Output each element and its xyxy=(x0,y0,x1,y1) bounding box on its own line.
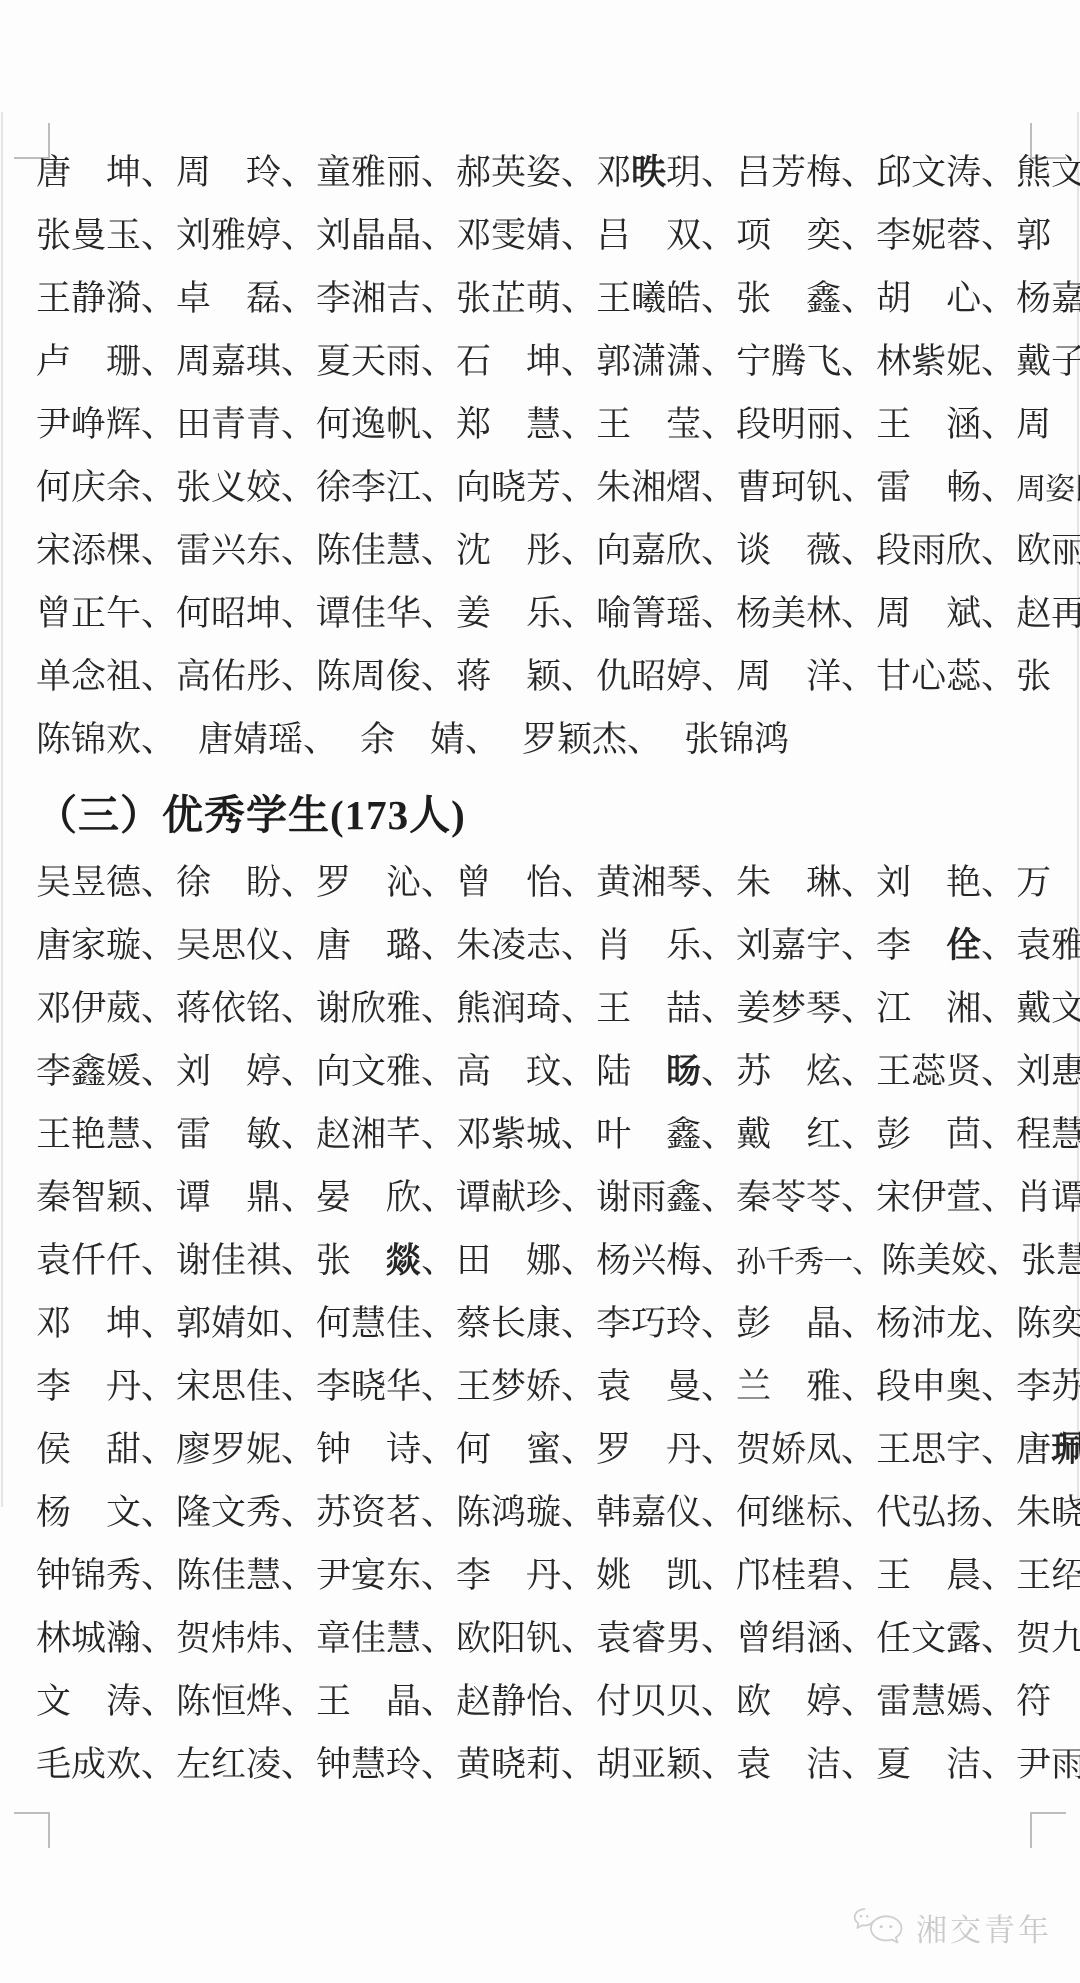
name-list-row: 宋添棵、雷兴东、陈佳慧、沈 彤、向嘉欣、谈 薇、段雨欣、欧丽蓉 xyxy=(36,519,1046,582)
student-name: 谭佳华、 xyxy=(316,582,456,645)
student-name: 吕芳梅、 xyxy=(736,141,876,204)
student-name: 吕 双、 xyxy=(596,204,736,267)
student-name: 郭婧如、 xyxy=(176,1292,316,1355)
student-name: 吴思仪、 xyxy=(176,914,316,977)
name-list-row: 秦智颖、谭 鼎、晏 欣、谭献珍、谢雨鑫、秦苓苓、宋伊萱、肖谭娟 xyxy=(36,1166,1046,1229)
student-name: 蒋依铭、 xyxy=(176,977,316,1040)
student-name: 朱湘熠、 xyxy=(596,456,736,519)
student-name: 黄湘琴、 xyxy=(596,851,736,914)
student-name: 朱凌志、 xyxy=(456,914,596,977)
student-name: 刘晶晶、 xyxy=(316,204,456,267)
student-name: 唐家璇、 xyxy=(36,914,176,977)
student-name: 李巧玲、 xyxy=(596,1292,736,1355)
student-name: 邝桂碧、 xyxy=(736,1544,876,1607)
student-name: 杨美林、 xyxy=(736,582,876,645)
student-name: 袁 洁、 xyxy=(736,1733,876,1796)
student-name: 刘 艳、 xyxy=(876,851,1016,914)
document-page: 唐 坤、周 玲、童雅丽、郝英姿、邓昳玥、吕芳梅、邱文涛、熊文慧张曼玉、刘雅婷、刘… xyxy=(0,0,1080,1983)
section-heading: （三）优秀学生(173人) xyxy=(36,771,1046,851)
student-name: 邱文涛、 xyxy=(876,141,1016,204)
student-name: 何慧佳、 xyxy=(316,1292,456,1355)
student-name: 袁 曼、 xyxy=(596,1355,736,1418)
student-name: 黄晓莉、 xyxy=(456,1733,596,1796)
student-name: 项 奕、 xyxy=(736,204,876,267)
student-name: 吴昱德、 xyxy=(36,851,176,914)
student-name: 唐 坤、 xyxy=(36,141,176,204)
student-name: 廖罗妮、 xyxy=(176,1418,316,1481)
student-name: 王 涵、 xyxy=(876,393,1016,456)
student-name: 唐 璐、 xyxy=(316,914,456,977)
student-name: 王 晨、 xyxy=(876,1544,1016,1607)
student-name: 刘嘉宇、 xyxy=(736,914,876,977)
document-content: 唐 坤、周 玲、童雅丽、郝英姿、邓昳玥、吕芳梅、邱文涛、熊文慧张曼玉、刘雅婷、刘… xyxy=(36,141,1046,1796)
student-name: 林紫妮、 xyxy=(876,330,1016,393)
student-name: 陈美姣、 xyxy=(881,1229,1021,1292)
student-name: 夏天雨、 xyxy=(316,330,456,393)
name-list-row: 李 丹、宋思佳、李晓华、王梦娇、袁 曼、兰 雅、段申奥、李苏婕 xyxy=(36,1355,1046,1418)
student-name: 戴子涵 xyxy=(1016,330,1080,393)
student-name: 欧丽蓉 xyxy=(1016,519,1080,582)
student-name: 万 烨 xyxy=(1016,851,1080,914)
student-name: 向嘉欣、 xyxy=(596,519,736,582)
student-name: 谭献珍、 xyxy=(456,1166,596,1229)
student-name: 晏 欣、 xyxy=(316,1166,456,1229)
student-name: 郑 慧、 xyxy=(456,393,596,456)
student-name: 贺九丹 xyxy=(1016,1607,1080,1670)
student-name: 徐 盼、 xyxy=(176,851,316,914)
student-name: 陈锦欢、 xyxy=(36,708,176,771)
student-name: 谭 鼎、 xyxy=(176,1166,316,1229)
name-list-row: 杨 文、隆文秀、苏资茗、陈鸿璇、韩嘉仪、何继标、代弘扬、朱晓玲 xyxy=(36,1481,1046,1544)
student-name: 侯 甜、 xyxy=(36,1418,176,1481)
student-name: 周嘉琪、 xyxy=(176,330,316,393)
student-name: 孙千秀一、 xyxy=(736,1231,881,1294)
student-name: 赵静怡、 xyxy=(456,1670,596,1733)
name-list-row: 邓 坤、郭婧如、何慧佳、蔡长康、李巧玲、彭 晶、杨沛龙、陈奕鑫 xyxy=(36,1292,1046,1355)
student-name: 唐珮琳 xyxy=(1016,1418,1080,1481)
student-name: 肖 乐、 xyxy=(596,914,736,977)
student-name: 向晓芳、 xyxy=(456,456,596,519)
student-name: 雷兴东、 xyxy=(176,519,316,582)
student-name: 李 丹、 xyxy=(456,1544,596,1607)
student-name: 沈 彤、 xyxy=(456,519,596,582)
student-name: 田青青、 xyxy=(176,393,316,456)
student-name: 张 燚、 xyxy=(316,1229,456,1292)
student-name: 任文露、 xyxy=(876,1607,1016,1670)
student-name: 兰 雅、 xyxy=(736,1355,876,1418)
student-name: 何昭坤、 xyxy=(176,582,316,645)
student-name: 彭 晶、 xyxy=(736,1292,876,1355)
student-name: 江 湘、 xyxy=(876,977,1016,1040)
student-name: 王蕊贤、 xyxy=(876,1040,1016,1103)
student-name: 宁腾飞、 xyxy=(736,330,876,393)
student-name: 徐李江、 xyxy=(316,456,456,519)
student-name: 朱晓玲 xyxy=(1016,1481,1080,1544)
student-name: 曾 怡、 xyxy=(456,851,596,914)
name-list-row: 卢 珊、周嘉琪、夏天雨、石 坤、郭潇潇、宁腾飞、林紫妮、戴子涵 xyxy=(36,330,1046,393)
student-name: 符 锦 xyxy=(1016,1670,1080,1733)
student-name: 高佑彤、 xyxy=(176,645,316,708)
student-name: 赵再钦 xyxy=(1016,582,1080,645)
student-name: 苏资茗、 xyxy=(316,1481,456,1544)
student-name: 赵湘芊、 xyxy=(316,1103,456,1166)
student-name: 杨沛龙、 xyxy=(876,1292,1016,1355)
student-name: 韩嘉仪、 xyxy=(596,1481,736,1544)
student-name: 李 佺、 xyxy=(876,914,1016,977)
student-name: 李鑫媛、 xyxy=(36,1040,176,1103)
page-corner-mark-bottom-left xyxy=(14,1812,50,1848)
name-list-row: 单念祖、高佑彤、陈周俊、蒋 颖、仇昭婷、周 洋、甘心蕊、张 瑶 xyxy=(36,645,1046,708)
student-name: 钟锦秀、 xyxy=(36,1544,176,1607)
student-name: 付贝贝、 xyxy=(596,1670,736,1733)
student-name: 左红凌、 xyxy=(176,1733,316,1796)
name-list-row: 李鑫媛、刘 婷、向文雅、高 玟、陆 旸、苏 炫、王蕊贤、刘惠雨 xyxy=(36,1040,1046,1103)
student-name: 钟慧玲、 xyxy=(316,1733,456,1796)
student-name: 王思宇、 xyxy=(876,1418,1016,1481)
name-list-row: 林城瀚、贺炜炜、章佳慧、欧阳钒、袁睿男、曾绢涵、任文露、贺九丹 xyxy=(36,1607,1046,1670)
student-name: 蔡长康、 xyxy=(456,1292,596,1355)
student-name: 袁雅君 xyxy=(1016,914,1080,977)
student-name: 陆 旸、 xyxy=(596,1040,736,1103)
student-name: 张义姣、 xyxy=(176,456,316,519)
student-name: 钟 诗、 xyxy=(316,1418,456,1481)
student-name: 邓紫城、 xyxy=(456,1103,596,1166)
student-name: 陈奕鑫 xyxy=(1016,1292,1080,1355)
student-name: 邓昳玥、 xyxy=(596,141,736,204)
student-name: 朱 琳、 xyxy=(736,851,876,914)
student-name: 王曦皓、 xyxy=(596,267,736,330)
student-name: 曹珂钒、 xyxy=(736,456,876,519)
student-name: 李苏婕 xyxy=(1016,1355,1080,1418)
student-name: 毛成欢、 xyxy=(36,1733,176,1796)
student-name: 张曼玉、 xyxy=(36,204,176,267)
student-name: 肖谭娟 xyxy=(1016,1166,1080,1229)
student-name: 尹峥辉、 xyxy=(36,393,176,456)
name-list-row: 袁仟仟、谢佳祺、张 燚、田 娜、杨兴梅、孙千秀一、陈美姣、张慧玲 xyxy=(36,1229,1046,1292)
student-name: 甘心蕊、 xyxy=(876,645,1016,708)
name-list-row: 陈锦欢、唐婧瑶、余 婧、罗颖杰、张锦鸿 xyxy=(36,708,1046,771)
student-name: 尹雨婷 xyxy=(1016,1733,1080,1796)
student-name: 戴文娜 xyxy=(1016,977,1080,1040)
student-list-paragraph-2: 吴昱德、徐 盼、罗 沁、曾 怡、黄湘琴、朱 琳、刘 艳、万 烨唐家璇、吴思仪、唐… xyxy=(36,851,1046,1796)
student-name: 曾正午、 xyxy=(36,582,176,645)
student-name: 邓伊葳、 xyxy=(36,977,176,1040)
student-name: 何逸帆、 xyxy=(316,393,456,456)
name-list-row: 尹峥辉、田青青、何逸帆、郑 慧、王 莹、段明丽、王 涵、周 星 xyxy=(36,393,1046,456)
student-name: 何庆余、 xyxy=(36,456,176,519)
student-name: 张芷萌、 xyxy=(456,267,596,330)
student-name: 喻箐瑶、 xyxy=(596,582,736,645)
student-name: 王 莹、 xyxy=(596,393,736,456)
student-name: 胡 心、 xyxy=(876,267,1016,330)
student-name: 蒋 颖、 xyxy=(456,645,596,708)
student-name: 宋伊萱、 xyxy=(876,1166,1016,1229)
student-name: 欧阳钒、 xyxy=(456,1607,596,1670)
student-name: 杨嘉俊 xyxy=(1016,267,1080,330)
wechat-logo-icon xyxy=(852,1906,906,1950)
student-name: 谢欣雅、 xyxy=(316,977,456,1040)
student-name: 叶 鑫、 xyxy=(596,1103,736,1166)
student-name: 高 玟、 xyxy=(456,1040,596,1103)
student-name: 郝英姿、 xyxy=(456,141,596,204)
student-name: 夏 洁、 xyxy=(876,1733,1016,1796)
student-name: 李 丹、 xyxy=(36,1355,176,1418)
student-name: 李湘吉、 xyxy=(316,267,456,330)
student-name: 周姿民欢 xyxy=(1016,458,1080,521)
student-name: 谢佳祺、 xyxy=(176,1229,316,1292)
student-name: 罗 丹、 xyxy=(596,1418,736,1481)
student-name: 刘惠雨 xyxy=(1016,1040,1080,1103)
student-name: 袁睿男、 xyxy=(596,1607,736,1670)
student-name: 杨兴梅、 xyxy=(596,1229,736,1292)
name-list-row: 邓伊葳、蒋依铭、谢欣雅、熊润琦、王 喆、姜梦琴、江 湘、戴文娜 xyxy=(36,977,1046,1040)
name-list-row: 曾正午、何昭坤、谭佳华、姜 乐、喻箐瑶、杨美林、周 斌、赵再钦 xyxy=(36,582,1046,645)
student-name: 陈恒烨、 xyxy=(176,1670,316,1733)
student-name: 邓雯婧、 xyxy=(456,204,596,267)
student-name: 谢雨鑫、 xyxy=(596,1166,736,1229)
name-list-row: 钟锦秀、陈佳慧、尹宴东、李 丹、姚 凯、邝桂碧、王 晨、王绍栋 xyxy=(36,1544,1046,1607)
student-name: 雷慧嫣、 xyxy=(876,1670,1016,1733)
student-name: 李晓华、 xyxy=(316,1355,456,1418)
student-name: 张锦鸿 xyxy=(684,708,789,771)
student-name: 王艳慧、 xyxy=(36,1103,176,1166)
student-name: 唐婧瑶、 xyxy=(198,708,338,771)
student-name: 王 晶、 xyxy=(316,1670,456,1733)
student-name: 段申奥、 xyxy=(876,1355,1016,1418)
student-name: 何继标、 xyxy=(736,1481,876,1544)
name-list-row: 唐 坤、周 玲、童雅丽、郝英姿、邓昳玥、吕芳梅、邱文涛、熊文慧 xyxy=(36,141,1046,204)
student-name: 张 瑶 xyxy=(1016,645,1080,708)
name-list-row: 王静漪、卓 磊、李湘吉、张芷萌、王曦皓、张 鑫、胡 心、杨嘉俊 xyxy=(36,267,1046,330)
name-list-row: 文 涛、陈恒烨、王 晶、赵静怡、付贝贝、欧 婷、雷慧嫣、符 锦 xyxy=(36,1670,1046,1733)
student-name: 卓 磊、 xyxy=(176,267,316,330)
student-name: 秦苓苓、 xyxy=(736,1166,876,1229)
student-name: 章佳慧、 xyxy=(316,1607,456,1670)
name-list-row: 唐家璇、吴思仪、唐 璐、朱凌志、肖 乐、刘嘉宇、李 佺、袁雅君 xyxy=(36,914,1046,977)
student-name: 姜 乐、 xyxy=(456,582,596,645)
student-name: 熊文慧 xyxy=(1016,141,1080,204)
student-name: 余 婧、 xyxy=(360,708,500,771)
name-list-row: 王艳慧、雷 敏、赵湘芊、邓紫城、叶 鑫、戴 红、彭 茴、程慧倩 xyxy=(36,1103,1046,1166)
student-name: 贺娇凤、 xyxy=(736,1418,876,1481)
student-name: 熊润琦、 xyxy=(456,977,596,1040)
student-name: 杨 文、 xyxy=(36,1481,176,1544)
student-name: 罗颖杰、 xyxy=(522,708,662,771)
student-name: 秦智颖、 xyxy=(36,1166,176,1229)
student-name: 田 娜、 xyxy=(456,1229,596,1292)
student-name: 欧 婷、 xyxy=(736,1670,876,1733)
student-name: 王梦娇、 xyxy=(456,1355,596,1418)
student-name: 姚 凯、 xyxy=(596,1544,736,1607)
student-name: 林城瀚、 xyxy=(36,1607,176,1670)
student-name: 曾绢涵、 xyxy=(736,1607,876,1670)
student-name: 陈鸿璇、 xyxy=(456,1481,596,1544)
student-name: 周 玲、 xyxy=(176,141,316,204)
student-list-paragraph-1: 唐 坤、周 玲、童雅丽、郝英姿、邓昳玥、吕芳梅、邱文涛、熊文慧张曼玉、刘雅婷、刘… xyxy=(36,141,1046,771)
student-name: 彭 茴、 xyxy=(876,1103,1016,1166)
student-name: 张慧玲 xyxy=(1021,1229,1080,1292)
student-name: 尹宴东、 xyxy=(316,1544,456,1607)
name-list-row: 吴昱德、徐 盼、罗 沁、曾 怡、黄湘琴、朱 琳、刘 艳、万 烨 xyxy=(36,851,1046,914)
student-name: 谈 薇、 xyxy=(736,519,876,582)
student-name: 郭潇潇、 xyxy=(596,330,736,393)
student-name: 段明丽、 xyxy=(736,393,876,456)
student-name: 石 坤、 xyxy=(456,330,596,393)
student-name: 陈周俊、 xyxy=(316,645,456,708)
student-name: 李妮蓉、 xyxy=(876,204,1016,267)
student-name: 何 蜜、 xyxy=(456,1418,596,1481)
student-name: 陈佳慧、 xyxy=(176,1544,316,1607)
student-name: 周 星 xyxy=(1016,393,1080,456)
student-name: 童雅丽、 xyxy=(316,141,456,204)
student-name: 宋添棵、 xyxy=(36,519,176,582)
name-list-row: 毛成欢、左红凌、钟慧玲、黄晓莉、胡亚颖、袁 洁、夏 洁、尹雨婷 xyxy=(36,1733,1046,1796)
student-name: 郭 锦 xyxy=(1016,204,1080,267)
student-name: 宋思佳、 xyxy=(176,1355,316,1418)
student-name: 罗 沁、 xyxy=(316,851,456,914)
student-name: 苏 炫、 xyxy=(736,1040,876,1103)
student-name: 隆文秀、 xyxy=(176,1481,316,1544)
student-name: 张 鑫、 xyxy=(736,267,876,330)
student-name: 周 斌、 xyxy=(876,582,1016,645)
official-account-name: 湘交青年 xyxy=(916,1905,1052,1950)
student-name: 贺炜炜、 xyxy=(176,1607,316,1670)
student-name: 雷 畅、 xyxy=(876,456,1016,519)
student-name: 文 涛、 xyxy=(36,1670,176,1733)
student-name: 卢 珊、 xyxy=(36,330,176,393)
student-name: 王静漪、 xyxy=(36,267,176,330)
page-corner-mark-bottom-right xyxy=(1030,1812,1066,1848)
student-name: 姜梦琴、 xyxy=(736,977,876,1040)
name-list-row: 侯 甜、廖罗妮、钟 诗、何 蜜、罗 丹、贺娇凤、王思宇、唐珮琳 xyxy=(36,1418,1046,1481)
official-account-watermark: 湘交青年 xyxy=(852,1905,1052,1950)
student-name: 邓 坤、 xyxy=(36,1292,176,1355)
student-name: 向文雅、 xyxy=(316,1040,456,1103)
student-name: 王 喆、 xyxy=(596,977,736,1040)
student-name: 王绍栋 xyxy=(1016,1544,1080,1607)
student-name: 戴 红、 xyxy=(736,1103,876,1166)
student-name: 程慧倩 xyxy=(1016,1103,1080,1166)
student-name: 雷 敏、 xyxy=(176,1103,316,1166)
page-edge-left xyxy=(1,112,3,1507)
student-name: 仇昭婷、 xyxy=(596,645,736,708)
student-name: 代弘扬、 xyxy=(876,1481,1016,1544)
name-list-row: 何庆余、张义姣、徐李江、向晓芳、朱湘熠、曹珂钒、雷 畅、周姿民欢 xyxy=(36,456,1046,519)
student-name: 刘 婷、 xyxy=(176,1040,316,1103)
student-name: 胡亚颖、 xyxy=(596,1733,736,1796)
student-name: 袁仟仟、 xyxy=(36,1229,176,1292)
student-name: 段雨欣、 xyxy=(876,519,1016,582)
student-name: 刘雅婷、 xyxy=(176,204,316,267)
student-name: 陈佳慧、 xyxy=(316,519,456,582)
student-name: 周 洋、 xyxy=(736,645,876,708)
name-list-row: 张曼玉、刘雅婷、刘晶晶、邓雯婧、吕 双、项 奕、李妮蓉、郭 锦 xyxy=(36,204,1046,267)
student-name: 单念祖、 xyxy=(36,645,176,708)
